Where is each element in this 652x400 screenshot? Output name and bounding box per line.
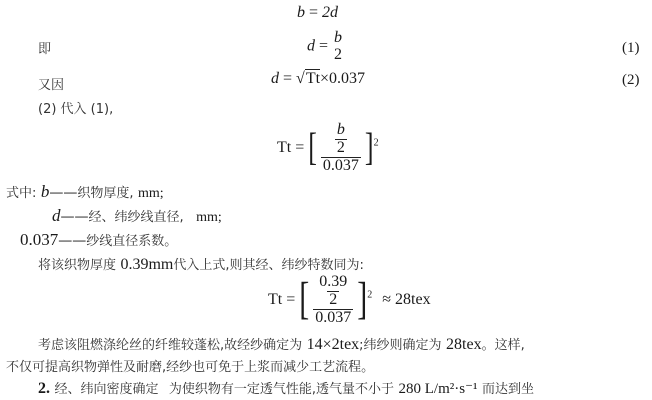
text: 将该织物厚度 bbox=[38, 258, 116, 273]
inner-numerator: 0.39 bbox=[319, 274, 347, 291]
weft-value: 28tex bbox=[446, 336, 482, 353]
right-bracket-icon: ] bbox=[357, 278, 367, 323]
def-text: 经、纬纱线直径, bbox=[89, 210, 184, 225]
left-bracket-icon: [ bbox=[308, 129, 317, 168]
thickness-value: 0.39mm bbox=[120, 256, 173, 273]
warp-value: 14×2tex bbox=[307, 336, 360, 353]
label-ji: 即 bbox=[38, 38, 51, 57]
inner-numerator: b bbox=[337, 122, 345, 139]
definition-d: d——经、纬纱线直径, mm; bbox=[52, 206, 222, 226]
def-text: 纱线直径系数。 bbox=[86, 234, 177, 249]
fraction: 0.39 2 0.037 bbox=[313, 274, 353, 326]
def-unit: mm; bbox=[138, 186, 164, 201]
inner-fraction: 0.39 2 bbox=[317, 274, 349, 309]
def-dash: —— bbox=[61, 209, 89, 225]
equation-3: Tt = [ b 2 0.037 ]2 bbox=[277, 122, 379, 174]
eq-lhs: d bbox=[307, 37, 315, 54]
numerator: b bbox=[332, 30, 344, 47]
def-symbol: 0.037 bbox=[20, 230, 58, 249]
text: 为使织物有一定透气性能,透气量不小于 bbox=[169, 382, 394, 397]
section-heading: 经、纬向密度确定 bbox=[54, 382, 158, 397]
eq-rest: ×0.037 bbox=[320, 70, 365, 87]
denominator: 0.037 bbox=[321, 157, 361, 175]
def-text: 织物厚度, bbox=[77, 186, 133, 201]
denominator: 0.037 bbox=[313, 309, 353, 327]
paragraph-substitute: 将该织物厚度 0.39mm代入上式,则其经、纬纱特数同为: bbox=[38, 254, 364, 274]
eq-op: = bbox=[283, 70, 292, 87]
text: 考虑该阻燃涤纶丝的纤维较蓬松,故经纱确定为 bbox=[38, 338, 302, 353]
fraction: b 2 bbox=[332, 30, 344, 64]
definition-b: 式中: b——织物厚度, mm; bbox=[6, 182, 164, 202]
inner-fraction: b 2 bbox=[333, 122, 349, 157]
fraction: b 2 0.037 bbox=[321, 122, 361, 174]
radicand: Tt bbox=[305, 69, 320, 87]
eq-lhs: d bbox=[271, 70, 279, 87]
definition-coefficient: 0.037——纱线直径系数。 bbox=[20, 230, 177, 250]
left-bracket-icon: [ bbox=[299, 278, 309, 323]
def-symbol: d bbox=[52, 206, 61, 225]
equation-number-2: (2) bbox=[622, 72, 640, 89]
sqrt-icon: √ bbox=[296, 70, 305, 87]
eq-result: ≈ 28tex bbox=[382, 291, 430, 308]
definitions-intro: 式中: bbox=[6, 186, 36, 201]
inner-denominator: 2 bbox=[335, 139, 347, 157]
eq-lhs: Tt bbox=[268, 291, 282, 308]
text: 代入上式,则其经、纬纱特数同为: bbox=[173, 258, 364, 273]
eq-rhs: 2d bbox=[322, 4, 338, 21]
permeability-value: 280 L/m²·s⁻¹ bbox=[399, 381, 478, 397]
text: ;纬纱则确定为 bbox=[359, 338, 441, 353]
right-bracket-icon: ] bbox=[365, 129, 374, 168]
equation-number-1: (1) bbox=[622, 40, 640, 57]
text: 而达到坐 bbox=[482, 382, 534, 397]
equation-b-2d: b = 2d bbox=[297, 4, 338, 22]
eq-op: = bbox=[295, 139, 304, 156]
paragraph-density: 2. 经、纬向密度确定 为使织物有一定透气性能,透气量不小于 280 L/m²·… bbox=[38, 378, 534, 398]
equation-1: d = b 2 bbox=[307, 30, 344, 64]
eq-lhs: b bbox=[297, 4, 305, 21]
def-unit: mm; bbox=[196, 210, 222, 225]
exponent: 2 bbox=[374, 138, 379, 149]
def-dash: —— bbox=[49, 185, 77, 201]
text: 。这样, bbox=[482, 338, 525, 353]
substitution-text: (2) 代入 (1), bbox=[38, 98, 113, 117]
paragraph-yarn-choice: 考虑该阻燃涤纶丝的纤维较蓬松,故经纱确定为 14×2tex;纬纱则确定为 28t… bbox=[38, 334, 525, 354]
denominator: 2 bbox=[332, 47, 344, 64]
eq-op: = bbox=[286, 291, 295, 308]
equation-4: Tt = [ 0.39 2 0.037 ]2 ≈ 28tex bbox=[268, 274, 431, 326]
eq-op: = bbox=[309, 4, 318, 21]
exponent: 2 bbox=[367, 290, 372, 301]
def-dash: —— bbox=[58, 233, 86, 249]
inner-denominator: 2 bbox=[327, 291, 339, 309]
eq-lhs: Tt bbox=[277, 139, 291, 156]
paragraph-benefits: 不仅可提高织物弹性及耐磨,经纱也可免于上浆而减少工艺流程。 bbox=[6, 356, 374, 375]
equation-2: d = √Tt×0.037 bbox=[271, 70, 365, 88]
label-youyin: 又因 bbox=[38, 74, 64, 93]
section-number: 2. bbox=[38, 380, 50, 397]
eq-op: = bbox=[319, 37, 328, 54]
